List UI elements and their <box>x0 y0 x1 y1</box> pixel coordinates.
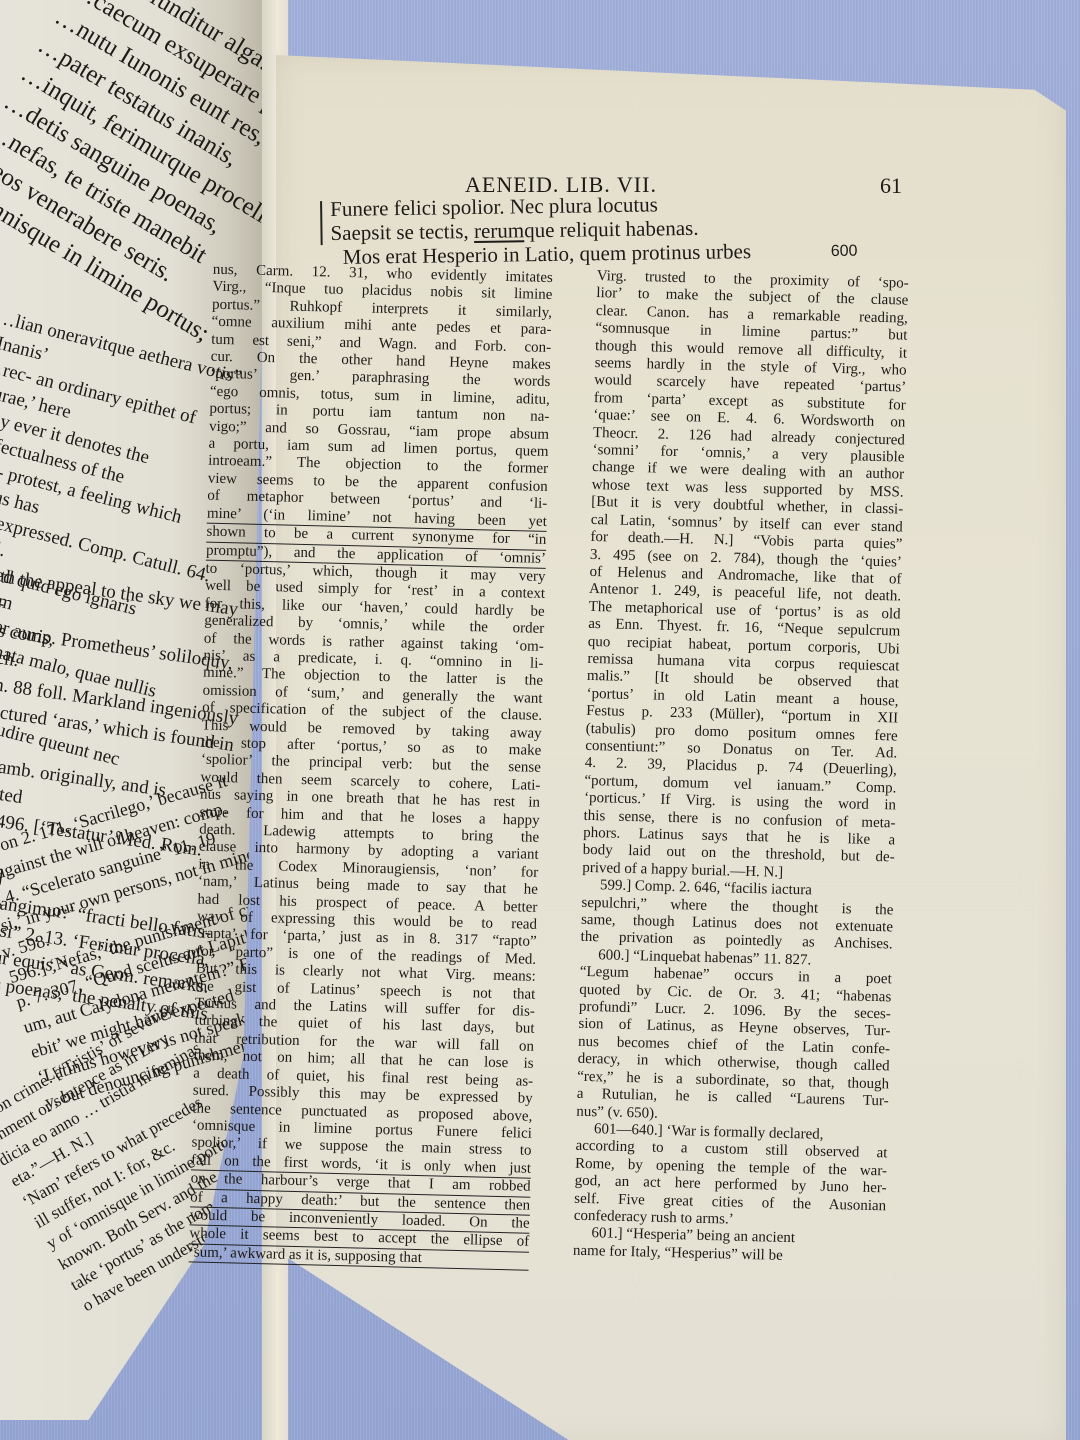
line-number: 600 <box>831 240 858 264</box>
verse-block: Funere felici spolior. Nec plura locutus… <box>330 191 751 269</box>
verse-text: Saepsit se tectis, <box>330 219 474 245</box>
notes-column-right: Virg. trusted to the proximity of ‘spo-l… <box>573 268 909 1267</box>
page-number: 61 <box>880 173 902 199</box>
underlined-word: rerum <box>474 218 524 243</box>
verse-text: que reliquit habenas. <box>524 216 699 242</box>
notes-column-left: nus, Carm. 12. 31, who evidently imitate… <box>189 262 553 1271</box>
